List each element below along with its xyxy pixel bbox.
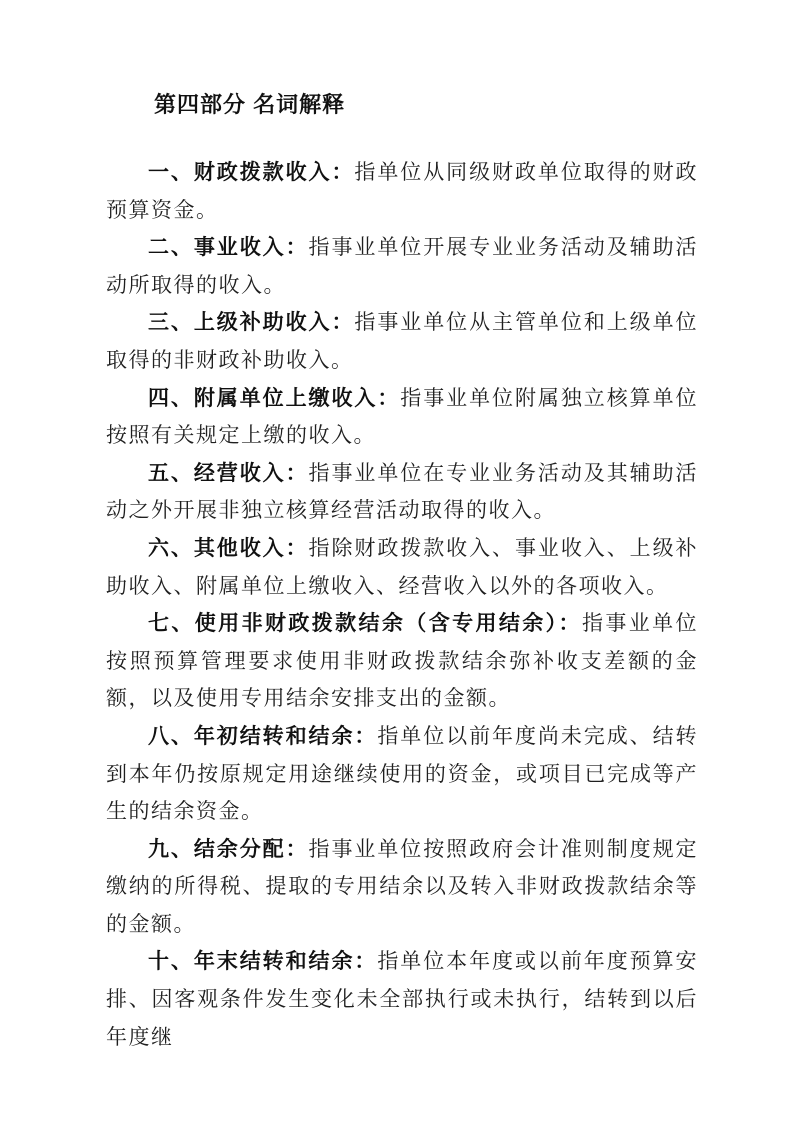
term-label: 三、上级补助收入： bbox=[148, 311, 354, 334]
document-content: 第四部分 名词解释 一、财政拨款收入：指单位从同级财政单位取得的财政预算资金。 … bbox=[106, 86, 698, 1056]
term-label: 九、结余分配： bbox=[148, 838, 309, 861]
term-label: 六、其他收入： bbox=[148, 537, 309, 560]
term-paragraph: 十、年末结转和结余：指单位本年度或以前年度预算安排、因客观条件发生变化未全部执行… bbox=[106, 943, 698, 1056]
term-label: 八、年初结转和结余： bbox=[148, 725, 377, 748]
term-label: 二、事业收入： bbox=[148, 236, 309, 259]
term-paragraph: 三、上级补助收入：指事业单位从主管单位和上级单位取得的非财政补助收入。 bbox=[106, 304, 698, 379]
term-paragraph: 八、年初结转和结余：指单位以前年度尚未完成、结转到本年仍按原规定用途继续使用的资… bbox=[106, 718, 698, 831]
term-label: 五、经营收入： bbox=[148, 462, 309, 485]
term-label: 十、年末结转和结余： bbox=[148, 950, 377, 973]
term-label: 四、附属单位上缴收入： bbox=[148, 387, 400, 410]
term-paragraph: 六、其他收入：指除财政拨款收入、事业收入、上级补助收入、附属单位上缴收入、经营收… bbox=[106, 530, 698, 605]
term-paragraph: 二、事业收入：指事业单位开展专业业务活动及辅助活动所取得的收入。 bbox=[106, 229, 698, 304]
term-label: 一、财政拨款收入： bbox=[148, 161, 354, 184]
term-paragraph: 九、结余分配：指事业单位按照政府会计准则制度规定缴纳的所得税、提取的专用结余以及… bbox=[106, 831, 698, 944]
term-paragraph: 五、经营收入：指事业单位在专业业务活动及其辅助活动之外开展非独立核算经营活动取得… bbox=[106, 455, 698, 530]
term-label: 七、使用非财政拨款结余（含专用结余）： bbox=[148, 612, 582, 635]
term-paragraph: 一、财政拨款收入：指单位从同级财政单位取得的财政预算资金。 bbox=[106, 154, 698, 229]
page-title: 第四部分 名词解释 bbox=[154, 86, 698, 124]
term-paragraph: 四、附属单位上缴收入：指事业单位附属独立核算单位按照有关规定上缴的收入。 bbox=[106, 380, 698, 455]
term-paragraph: 七、使用非财政拨款结余（含专用结余）：指事业单位按照预算管理要求使用非财政拨款结… bbox=[106, 605, 698, 718]
document-page: 第四部分 名词解释 一、财政拨款收入：指单位从同级财政单位取得的财政预算资金。 … bbox=[0, 0, 794, 1122]
